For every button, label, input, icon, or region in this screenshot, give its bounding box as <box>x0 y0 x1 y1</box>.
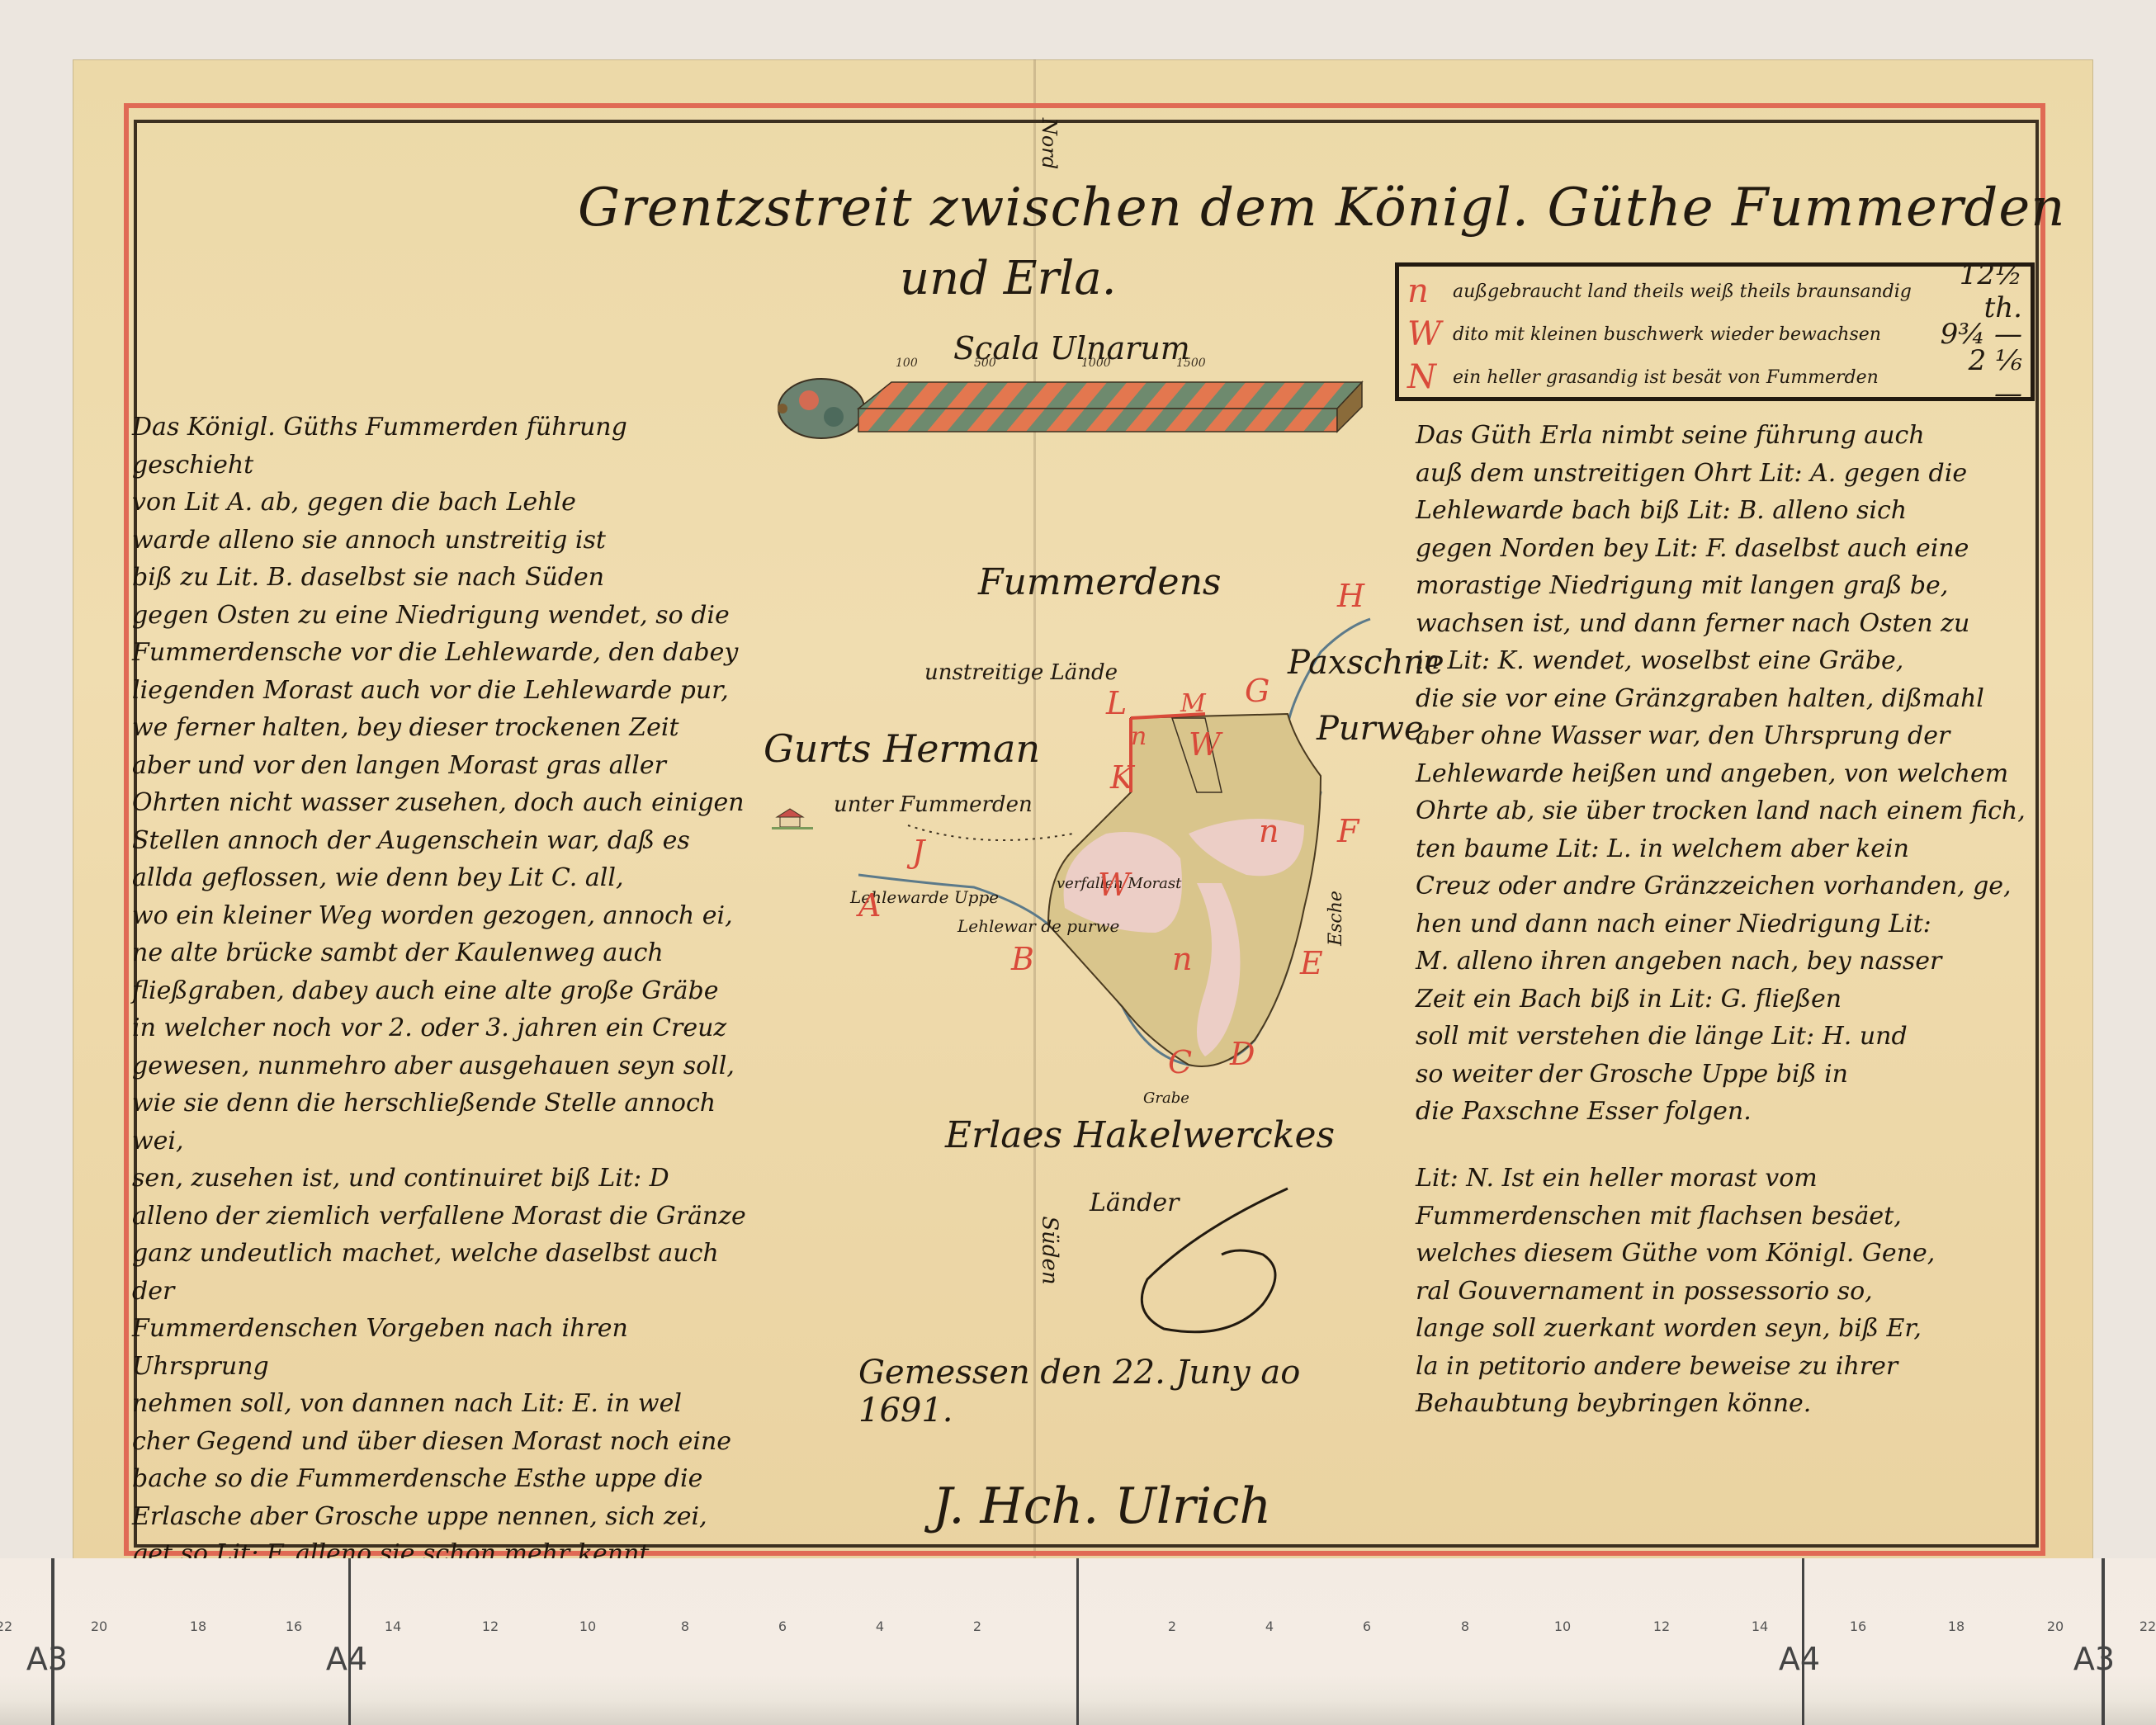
text-line: warde alleno sie annoch unstreitig ist <box>132 522 751 560</box>
text-line: lange soll zuerkant worden seyn, biß Er, <box>1416 1310 2043 1348</box>
ruler-number: 4 <box>1265 1619 1274 1634</box>
text-line: ten baume Lit: L. in welchem aber kein <box>1416 830 2043 868</box>
text-line: bache so die Fummerdensche Esthe uppe di… <box>132 1460 751 1498</box>
text-line: von Lit A. ab, gegen die bach Lehle <box>132 484 751 522</box>
ruler-number: 18 <box>190 1619 206 1634</box>
paxschne-label: Paxschne <box>1288 644 1444 682</box>
lit-m-marker: M <box>1180 689 1206 718</box>
lit-j-marker: J <box>912 834 924 870</box>
text-line: we ferner halten, bey dieser trockenen Z… <box>132 709 751 747</box>
text-line: auß dem unstreitigen Ohrt Lit: A. gegen … <box>1416 455 2043 493</box>
text-line: Creuz oder andre Gränzzeichen vorhanden,… <box>1416 867 2043 905</box>
ruler-number: 18 <box>1948 1619 1965 1634</box>
text-line: ral Gouvernament in possessorio so, <box>1416 1273 2043 1311</box>
text-line: cher Gegend und über diesen Morast noch … <box>132 1423 751 1461</box>
text-line: in Lit: K. wendet, woselbst eine Gräbe, <box>1416 642 2043 680</box>
ruler-number: 6 <box>1363 1619 1371 1634</box>
ruler-format-label: A4 <box>1779 1641 1820 1677</box>
ruler-number: 14 <box>385 1619 401 1634</box>
ruler-number: 10 <box>1554 1619 1571 1634</box>
ruler-number: 2 <box>1168 1619 1176 1634</box>
north-label: Nord <box>1038 118 1061 169</box>
lit-b-marker: B <box>1011 941 1034 977</box>
ruler-number: 6 <box>778 1619 787 1634</box>
text-line: biß zu Lit. B. daselbst sie nach Süden <box>132 559 751 597</box>
text-line: Behaubtung beybringen könne. <box>1416 1385 2043 1423</box>
unter-fummerden-label: unter Fummerden <box>834 792 1033 817</box>
unstreitige-label: unstreitige Lände <box>924 660 1118 685</box>
purwe-label: Purwe <box>1317 710 1424 748</box>
scale-bar <box>776 376 1370 442</box>
left-description-text: Das Königl. Güths Fummerden führung gesc… <box>132 409 751 1685</box>
scale-tick: 1000 <box>1081 357 1111 370</box>
ruler-number: 16 <box>1850 1619 1866 1634</box>
text-line: Zeit ein Bach biß in Lit: G. fließen <box>1416 981 2043 1018</box>
legend-row: N ein heller grasandig ist besät von Fum… <box>1407 356 2022 399</box>
text-line: gegen Norden bey Lit: F. daselbst auch e… <box>1416 530 2043 568</box>
legend-key: N <box>1407 358 1453 396</box>
lit-e-marker: E <box>1300 945 1323 981</box>
erlaes-label: Erlaes Hakelwerckes <box>945 1114 1335 1156</box>
lit-a-marker: A <box>858 887 881 924</box>
text-line: aber und vor den langen Morast gras alle… <box>132 747 751 785</box>
text-line: Ohrte ab, sie über trocken land nach ein… <box>1416 792 2043 830</box>
text-line: Das Güth Erla nimbt seine führung auch <box>1416 417 2043 455</box>
date-year: 1691. <box>858 1392 1300 1430</box>
text-line: die sie vor eine Gränzgraben halten, diß… <box>1416 680 2043 718</box>
text-line: Stellen annoch der Augenschein war, daß … <box>132 822 751 860</box>
ruler-number: 22 <box>0 1619 12 1634</box>
text-line: allda geflossen, wie denn bey Lit C. all… <box>132 859 751 897</box>
grabe-label: Grabe <box>1143 1089 1189 1107</box>
text-line: soll mit verstehen die länge Lit: H. und <box>1416 1018 2043 1056</box>
text-line: hen und dann nach einer Niedrigung Lit: <box>1416 905 2043 943</box>
ruler-number: 22 <box>2139 1619 2156 1634</box>
text-line: Ohrten nicht wasser zusehen, doch auch e… <box>132 784 751 822</box>
text-line: welches diesem Güthe vom Königl. Gene, <box>1416 1235 2043 1273</box>
lit-h-marker: H <box>1337 578 1364 614</box>
legend-description: außgebraucht land theils weiß theils bra… <box>1453 281 1931 302</box>
text-line: la in petitorio andere beweise zu ihrer <box>1416 1348 2043 1386</box>
text-line: die Paxschne Esser folgen. <box>1416 1093 2043 1131</box>
ruler-number: 12 <box>1653 1619 1670 1634</box>
text-line: fließgraben, dabey auch eine alte große … <box>132 972 751 1010</box>
text-line: in welcher noch vor 2. oder 3. jahren ei… <box>132 1009 751 1047</box>
text-line: aber ohne Wasser war, den Uhrsprung der <box>1416 717 2043 755</box>
w-area-marker: W <box>1189 726 1221 763</box>
text-line: gewesen, nunmehro aber ausgehauen seyn s… <box>132 1047 751 1085</box>
esche-label: Esche <box>1326 891 1346 946</box>
legend-description: ein heller grasandig ist besät von Fumme… <box>1453 367 1931 388</box>
south-label: Süden <box>1038 1216 1062 1284</box>
text-line: Erlasche aber Grosche uppe nennen, sich … <box>132 1498 751 1536</box>
text-line: nehmen soll, von dannen nach Lit: E. in … <box>132 1385 751 1423</box>
scale-tick: 1500 <box>1176 357 1206 370</box>
surveyor-signature: J. Hch. Ulrich <box>933 1477 1271 1535</box>
legend-value: 12½ th. <box>1931 258 2022 324</box>
flourish-ornament <box>1098 1180 1296 1345</box>
text-line: wie sie denn die herschließende Stelle a… <box>132 1085 751 1160</box>
text-line: Lehlewarde heißen und angeben, von welch… <box>1416 755 2043 793</box>
legend-box: n außgebraucht land theils weiß theils b… <box>1395 262 2035 401</box>
right-description-text: Das Güth Erla nimbt seine führung auch a… <box>1416 417 2043 1131</box>
lit-d-marker: D <box>1230 1036 1255 1072</box>
date-line: Gemessen den 22. Juny ao <box>858 1354 1300 1392</box>
fummerdens-label: Fummerdens <box>978 561 1222 603</box>
n-area-marker: n <box>1131 722 1147 751</box>
map-subtitle: und Erla. <box>900 252 1117 305</box>
ruler-format-label: A3 <box>2073 1641 2115 1677</box>
legend-row: n außgebraucht land theils weiß theils b… <box>1407 270 2022 313</box>
text-line: sen, zusehen ist, und continuiret biß Li… <box>132 1160 751 1198</box>
ruler-number: 8 <box>681 1619 689 1634</box>
ruler-number: 2 <box>973 1619 981 1634</box>
text-line: Fummerdensche vor die Lehlewarde, den da… <box>132 634 751 672</box>
legend-key: n <box>1407 272 1453 310</box>
text-line: morastige Niedrigung mit langen graß be, <box>1416 567 2043 605</box>
scale-tick: 500 <box>974 357 996 370</box>
ruler-format-label: A3 <box>26 1641 68 1677</box>
n-area-marker: n <box>1259 813 1279 849</box>
w-area-marker: W <box>1098 867 1130 903</box>
map-title: Grentzstreit zwischen dem Königl. Güthe … <box>578 177 2065 239</box>
text-line: Lit: N. Ist ein heller morast vom <box>1416 1160 2043 1198</box>
text-line: gegen Osten zu eine Niedrigung wendet, s… <box>132 597 751 635</box>
text-line: ganz undeutlich machet, welche daselbst … <box>132 1235 751 1310</box>
ruler-number: 8 <box>1461 1619 1469 1634</box>
ruler-number: 14 <box>1752 1619 1768 1634</box>
text-line: Fummerdenschen mit flachsen besäet, <box>1416 1198 2043 1236</box>
text-line: wachsen ist, und dann ferner nach Osten … <box>1416 605 2043 643</box>
ruler-number: 20 <box>91 1619 107 1634</box>
lit-l-marker: L <box>1106 685 1127 721</box>
text-line: Lehlewarde bach biß Lit: B. alleno sich <box>1416 492 2043 530</box>
lit-f-marker: F <box>1337 813 1359 849</box>
legend-value: 2 ⅙ — <box>1931 344 2022 410</box>
measuring-ruler: 22 20 18 16 14 12 10 8 6 4 2 2 4 6 8 10 … <box>0 1558 2156 1725</box>
lit-k-marker: K <box>1110 759 1133 796</box>
ruler-number: 4 <box>876 1619 884 1634</box>
ruler-number: 20 <box>2047 1619 2064 1634</box>
n-area-marker: n <box>1172 941 1192 977</box>
legend-row: W dito mit kleinen buschwerk wieder bewa… <box>1407 313 2022 356</box>
text-line: alleno der ziemlich verfallene Morast di… <box>132 1198 751 1236</box>
scale-tick: 100 <box>896 357 918 370</box>
text-line: Das Königl. Güths Fummerden führung gesc… <box>132 409 751 484</box>
lit-c-marker: C <box>1168 1044 1192 1080</box>
text-line: liegenden Morast auch vor die Lehlewarde… <box>132 672 751 710</box>
text-line: wo ein kleiner Weg worden gezogen, annoc… <box>132 897 751 935</box>
survey-date: Gemessen den 22. Juny ao 1691. <box>858 1354 1300 1430</box>
lit-g-marker: G <box>1245 673 1269 709</box>
text-line: M. alleno ihren angeben nach, bey nasser <box>1416 943 2043 981</box>
ruler-format-label: A4 <box>326 1641 367 1677</box>
gurts-herman-label: Gurts Herman <box>764 726 1040 771</box>
legend-key: W <box>1407 315 1453 353</box>
ruler-number: 16 <box>286 1619 302 1634</box>
text-line: Fummerdenschen Vorgeben nach ihren Uhrsp… <box>132 1310 751 1385</box>
lit-n-note-text: Lit: N. Ist ein heller morast vom Fummer… <box>1416 1160 2043 1423</box>
ruler-number: 12 <box>482 1619 499 1634</box>
text-line: so weiter der Grosche Uppe biß in <box>1416 1056 2043 1094</box>
text-line: ne alte brücke sambt der Kaulenweg auch <box>132 934 751 972</box>
house-icon <box>772 807 813 830</box>
lehlewarde-purwe-label: Lehlewar de purwe <box>957 916 1119 936</box>
ruler-number: 10 <box>579 1619 596 1634</box>
legend-description: dito mit kleinen buschwerk wieder bewach… <box>1453 324 1931 345</box>
ruler-tick-major <box>1076 1558 1079 1725</box>
